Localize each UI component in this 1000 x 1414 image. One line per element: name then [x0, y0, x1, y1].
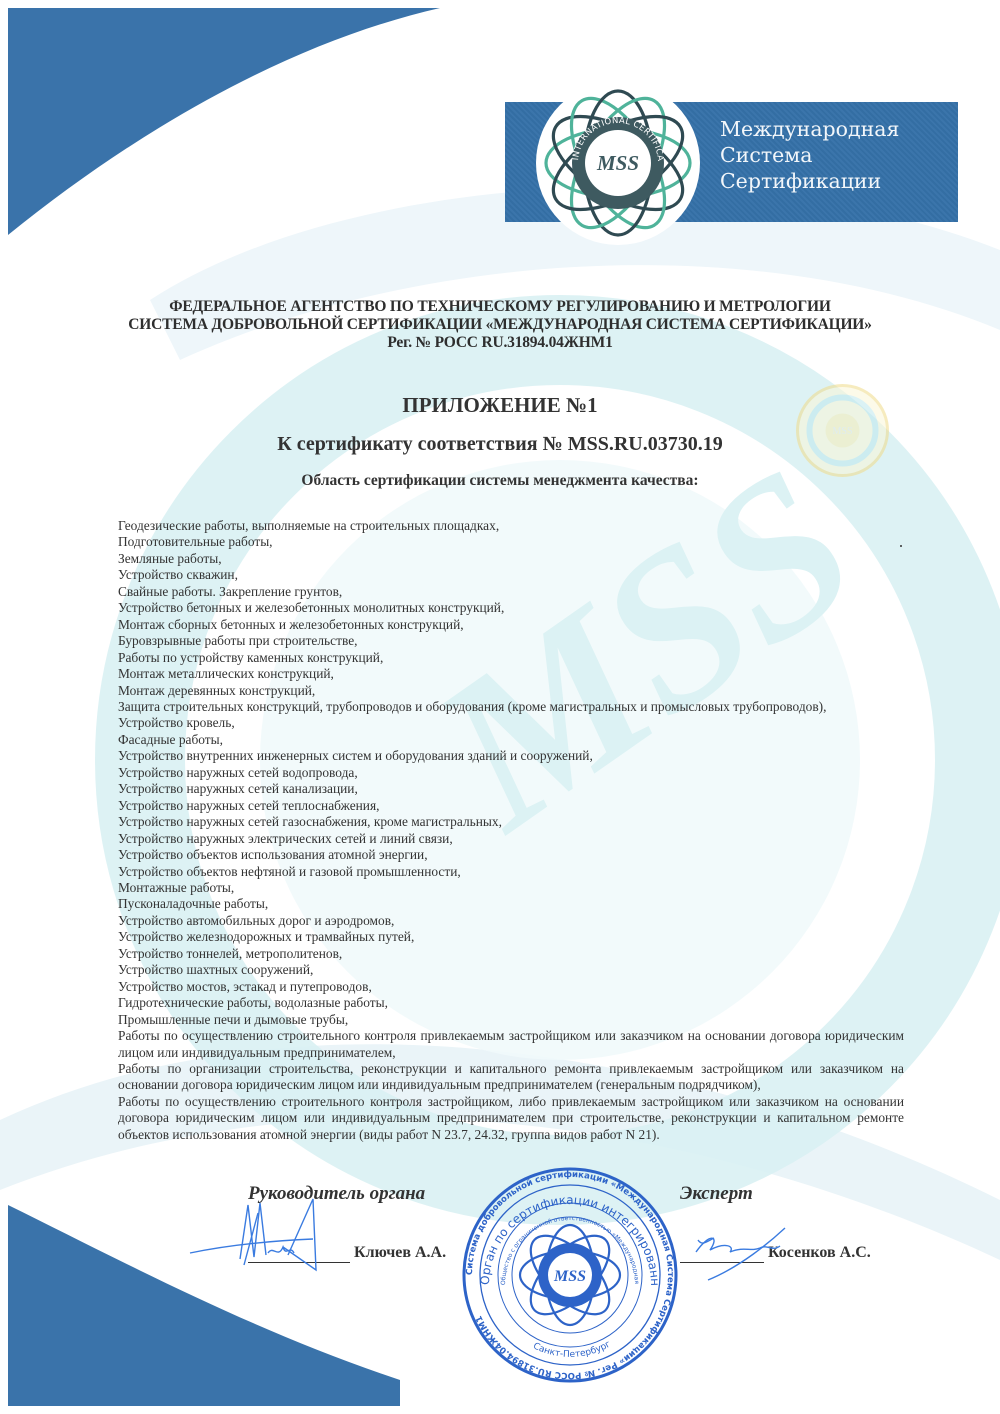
registration-number: Рег. № РОСС RU.31894.04ЖНМ1: [0, 334, 1000, 352]
scope-item: Устройство наружных сетей газоснабжения,…: [118, 814, 904, 830]
banner-title-line: Международная: [720, 116, 899, 142]
scope-item: Устройство мостов, эстакад и путепроводо…: [118, 979, 904, 995]
certificate-number: К сертификату соответствия № MSS.RU.0373…: [0, 433, 1000, 456]
official-stamp-icon: Система добровольной сертификации «Между…: [455, 1160, 685, 1390]
scope-item: Устройство кровель,: [118, 715, 904, 731]
annex-title: ПРИЛОЖЕНИЕ №1: [0, 393, 1000, 418]
scope-heading: Область сертификации системы менеджмента…: [0, 472, 1000, 490]
scope-item: Земляные работы,: [118, 551, 904, 567]
banner-title-line: Сертификации: [720, 168, 899, 194]
scope-item: Фасадные работы,: [118, 732, 904, 748]
scope-list: Геодезические работы, выполняемые на стр…: [118, 518, 904, 1143]
scope-item: Работы по устройству каменных конструкци…: [118, 650, 904, 666]
scope-item: Устройство наружных сетей канализации,: [118, 781, 904, 797]
banner-title-line: Система: [720, 142, 899, 168]
scope-item: Устройство объектов использования атомно…: [118, 847, 904, 863]
scope-item: Работы по осуществлению строительного ко…: [118, 1028, 904, 1061]
scope-item: Устройство автомобильных дорог и аэродро…: [118, 913, 904, 929]
banner-title: Международная Система Сертификации: [720, 116, 899, 194]
svg-text:MSS: MSS: [596, 151, 639, 175]
scope-item: Устройство наружных сетей теплоснабжения…: [118, 798, 904, 814]
agency-name: ФЕДЕРАЛЬНОЕ АГЕНТСТВО ПО ТЕХНИЧЕСКОМУ РЕ…: [0, 298, 1000, 316]
scope-item: Монтаж металлических конструкций,: [118, 666, 904, 682]
scope-item: Гидротехнические работы, водолазные рабо…: [118, 995, 904, 1011]
scope-item: Защита строительных конструкций, трубопр…: [118, 699, 904, 715]
scope-item: Монтажные работы,: [118, 880, 904, 896]
scope-item: Монтаж деревянных конструкций,: [118, 683, 904, 699]
scope-item: Устройство объектов нефтяной и газовой п…: [118, 864, 904, 880]
scope-item: Устройство тоннелей, метрополитенов,: [118, 946, 904, 962]
scope-item: Устройство шахтных сооружений,: [118, 962, 904, 978]
scope-item: Подготовительные работы,: [118, 534, 904, 550]
mss-logo-icon: INTERNATIONAL CERTIFICATION SYSTEM MSS: [535, 80, 701, 246]
expert-signature-icon: [690, 1222, 800, 1284]
agency-header: ФЕДЕРАЛЬНОЕ АГЕНТСТВО ПО ТЕХНИЧЕСКОМУ РЕ…: [0, 298, 1000, 352]
scope-item: Геодезические работы, выполняемые на стр…: [118, 518, 904, 534]
scope-item: Устройство наружных электрических сетей …: [118, 831, 904, 847]
scope-item: Свайные работы. Закрепление грунтов,: [118, 584, 904, 600]
certification-system-name: СИСТЕМА ДОБРОВОЛЬНОЙ СЕРТИФИКАЦИИ «МЕЖДУ…: [0, 316, 1000, 334]
scope-item: Пусконаладочные работы,: [118, 896, 904, 912]
scope-item: Промышленные печи и дымовые трубы,: [118, 1012, 904, 1028]
scope-item: Устройство бетонных и железобетонных мон…: [118, 600, 904, 616]
scope-item: Монтаж сборных бетонных и железобетонных…: [118, 617, 904, 633]
svg-text:MSS: MSS: [553, 1268, 586, 1285]
scope-item: Работы по осуществлению строительного ко…: [118, 1094, 904, 1143]
scope-item: Устройство наружных сетей водопровода,: [118, 765, 904, 781]
scope-item: Устройство железнодорожных и трамвайных …: [118, 929, 904, 945]
certificate-annex-page: MSS INTERNATIONAL CERTIFICATION SYSTEM M…: [0, 0, 1000, 1414]
head-signature-icon: [188, 1195, 328, 1285]
scope-item: Буровзрывные работы при строительстве,: [118, 633, 904, 649]
scope-item: Устройство скважин,: [118, 567, 904, 583]
scope-item: Устройство внутренних инженерных систем …: [118, 748, 904, 764]
head-of-body-name: Ключев А.А.: [354, 1244, 446, 1262]
scope-item: Работы по организации строительства, рек…: [118, 1061, 904, 1094]
expert-label: Эксперт: [680, 1183, 753, 1205]
